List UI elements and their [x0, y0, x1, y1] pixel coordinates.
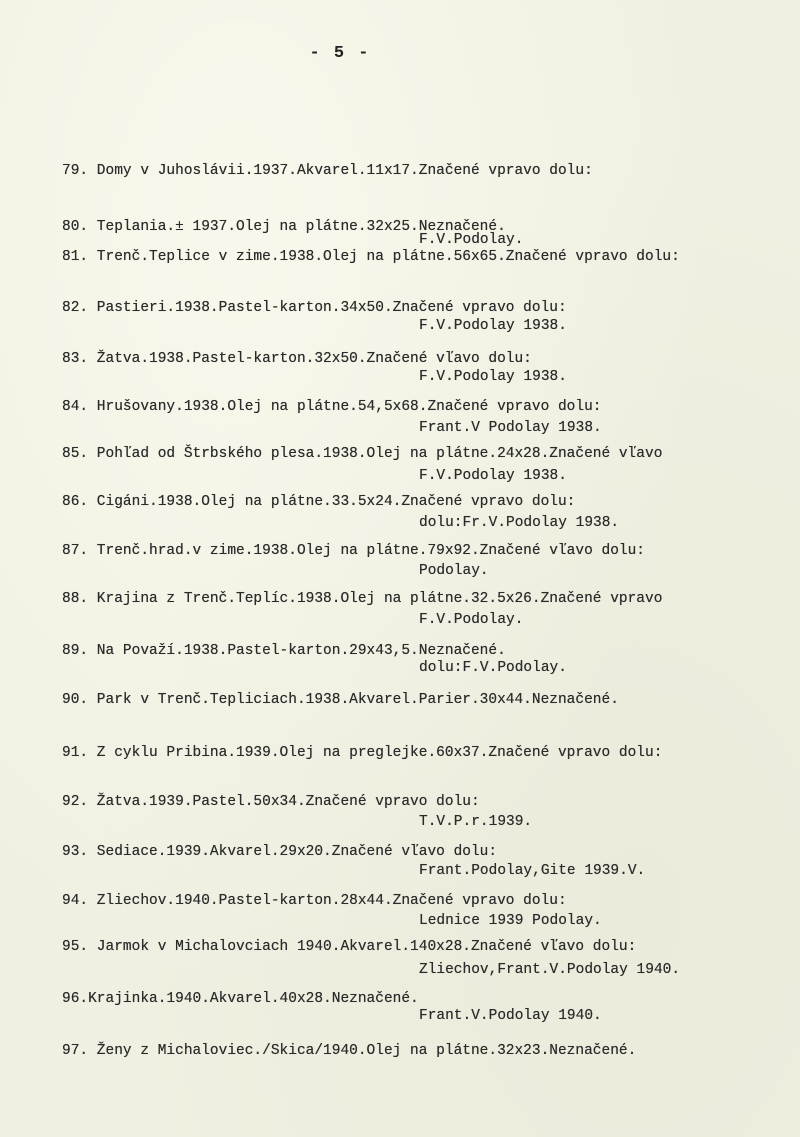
page-number: - 5 - — [300, 44, 380, 63]
document-page: - 5 - 79. Domy v Juhoslávii.1937.Akvarel… — [0, 0, 800, 1137]
catalog-entry-97: 97. Ženy z Michaloviec./Skica/1940.Olej … — [62, 994, 636, 1109]
entry-description: 97. Ženy z Michaloviec./Skica/1940.Olej … — [62, 1040, 636, 1063]
